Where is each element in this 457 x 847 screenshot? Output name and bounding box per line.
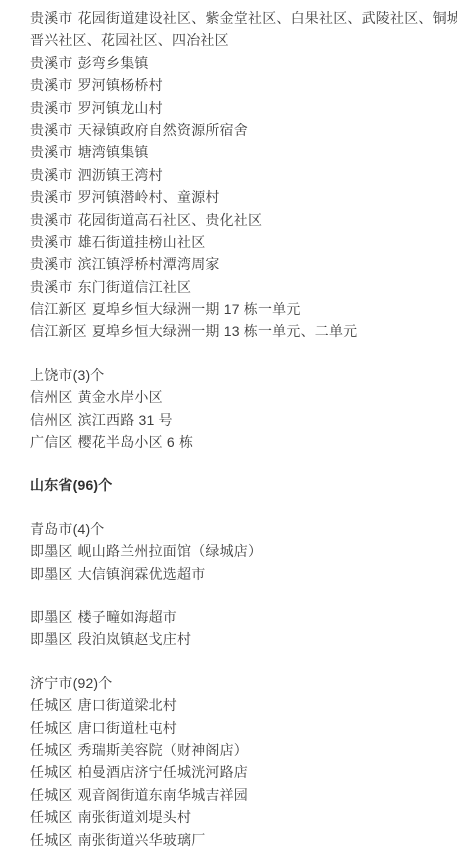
city-header: 青岛市(4)个 (30, 518, 451, 540)
list-line: 任城区观音阁街道东南华城吉祥园 (30, 784, 451, 806)
place-text: 上饶市(3)个 (30, 367, 105, 383)
place-text: 花园街道建设社区、紫金堂社区、白果社区、武陵社区、铜城社区、 (78, 10, 457, 26)
region-label: 任城区 (30, 787, 73, 803)
place-text: 南张街道兴华玻璃厂 (78, 832, 206, 847)
place-text: 天禄镇政府自然资源所宿舍 (78, 122, 248, 138)
blank-line (30, 453, 451, 474)
region-label: 贵溪市 (30, 212, 73, 228)
region-label: 贵溪市 (30, 144, 73, 160)
place-text: 唐口街道杜屯村 (78, 720, 177, 736)
region-label: 即墨区 (30, 609, 73, 625)
place-text: 塘湾镇集镇 (78, 144, 149, 160)
list-line: 任城区南张街道刘堤头村 (30, 806, 451, 828)
region-label: 信州区 (30, 389, 73, 405)
place-text: 唐口街道梁北村 (78, 697, 177, 713)
place-text: 夏埠乡恒大绿洲一期 17 栋一单元 (92, 301, 301, 317)
region-label: 任城区 (30, 809, 73, 825)
place-text: 黄金水岸小区 (78, 389, 163, 405)
region-label: 信州区 (30, 412, 73, 428)
list-line: 信江新区夏埠乡恒大绿洲一期 13 栋一单元、二单元 (30, 320, 451, 342)
place-text: 南张街道刘堤头村 (78, 809, 192, 825)
place-text: 山东省(96)个 (30, 477, 113, 493)
list-line: 任城区柏曼酒店济宁任城洸河路店 (30, 761, 451, 783)
region-label: 即墨区 (30, 631, 73, 647)
list-line: 贵溪市彭弯乡集镇 (30, 52, 451, 74)
place-text: 滨江西路 31 号 (78, 412, 173, 428)
place-text: 滨江镇浮桥村潭湾周家 (78, 256, 220, 272)
region-label: 信江新区 (30, 301, 87, 317)
region-label: 任城区 (30, 832, 73, 847)
blank-line (30, 343, 451, 364)
region-label: 贵溪市 (30, 234, 73, 250)
blank-line (30, 497, 451, 518)
place-text: 楼子疃如海超市 (78, 609, 177, 625)
region-label: 贵溪市 (30, 77, 73, 93)
region-label: 信江新区 (30, 323, 87, 339)
place-text: 罗河镇潜岭村、童源村 (78, 189, 220, 205)
region-label: 贵溪市 (30, 279, 73, 295)
list-line-continuation: 晋兴社区、花园社区、四冶社区 (30, 29, 451, 51)
list-line: 信州区滨江西路 31 号 (30, 409, 451, 431)
region-label: 广信区 (30, 434, 73, 450)
list-line: 贵溪市罗河镇杨桥村 (30, 74, 451, 96)
list-line: 即墨区楼子疃如海超市 (30, 606, 451, 628)
list-line: 即墨区段泊岚镇赵戈庄村 (30, 628, 451, 650)
place-text: 晋兴社区、花园社区、四冶社区 (30, 32, 229, 48)
list-line: 信江新区夏埠乡恒大绿洲一期 17 栋一单元 (30, 298, 451, 320)
blank-line (30, 651, 451, 672)
place-text: 济宁市(92)个 (30, 675, 113, 691)
place-text: 泗沥镇王湾村 (78, 167, 163, 183)
list-line: 贵溪市天禄镇政府自然资源所宿舍 (30, 119, 451, 141)
risk-area-document: 贵溪市花园街道建设社区、紫金堂社区、白果社区、武陵社区、铜城社区、晋兴社区、花园… (0, 0, 457, 847)
region-label: 贵溪市 (30, 189, 73, 205)
list-line: 贵溪市塘湾镇集镇 (30, 141, 451, 163)
list-line: 贵溪市东门街道信江社区 (30, 276, 451, 298)
place-text: 罗河镇杨桥村 (78, 77, 163, 93)
region-label: 任城区 (30, 742, 73, 758)
region-label: 即墨区 (30, 566, 73, 582)
place-text: 秀瑞斯美容院（财神阁店） (78, 742, 248, 758)
place-text: 东门街道信江社区 (78, 279, 192, 295)
list-line: 即墨区岘山路兰州拉面馆（绿城店） (30, 540, 451, 562)
place-text: 花园街道高石社区、贵化社区 (78, 212, 263, 228)
line-list: 贵溪市花园街道建设社区、紫金堂社区、白果社区、武陵社区、铜城社区、晋兴社区、花园… (30, 7, 451, 847)
place-text: 雄石街道挂榜山社区 (78, 234, 206, 250)
place-text: 夏埠乡恒大绿洲一期 13 栋一单元、二单元 (92, 323, 358, 339)
list-line: 贵溪市罗河镇潜岭村、童源村 (30, 186, 451, 208)
region-label: 贵溪市 (30, 100, 73, 116)
blank-line (30, 585, 451, 606)
city-header: 上饶市(3)个 (30, 364, 451, 386)
region-label: 贵溪市 (30, 256, 73, 272)
region-label: 任城区 (30, 720, 73, 736)
list-line: 贵溪市雄石街道挂榜山社区 (30, 231, 451, 253)
place-text: 罗河镇龙山村 (78, 100, 163, 116)
place-text: 大信镇润霖优选超市 (78, 566, 206, 582)
place-text: 柏曼酒店济宁任城洸河路店 (78, 764, 248, 780)
city-header: 济宁市(92)个 (30, 672, 451, 694)
list-line: 任城区唐口街道梁北村 (30, 694, 451, 716)
list-line: 贵溪市花园街道建设社区、紫金堂社区、白果社区、武陵社区、铜城社区、 (30, 7, 451, 29)
region-label: 任城区 (30, 764, 73, 780)
region-label: 任城区 (30, 697, 73, 713)
place-text: 彭弯乡集镇 (78, 55, 149, 71)
list-line: 广信区樱花半岛小区 6 栋 (30, 431, 451, 453)
place-text: 岘山路兰州拉面馆（绿城店） (78, 543, 263, 559)
place-text: 樱花半岛小区 6 栋 (78, 434, 194, 450)
place-text: 观音阁街道东南华城吉祥园 (78, 787, 248, 803)
region-label: 贵溪市 (30, 122, 73, 138)
list-line: 贵溪市泗沥镇王湾村 (30, 164, 451, 186)
region-label: 贵溪市 (30, 10, 73, 26)
region-label: 贵溪市 (30, 55, 73, 71)
list-line: 即墨区大信镇润霖优选超市 (30, 563, 451, 585)
list-line: 任城区秀瑞斯美容院（财神阁店） (30, 739, 451, 761)
list-line: 任城区南张街道兴华玻璃厂 (30, 829, 451, 847)
list-line: 信州区黄金水岸小区 (30, 386, 451, 408)
place-text: 青岛市(4)个 (30, 521, 105, 537)
province-header: 山东省(96)个 (30, 474, 451, 496)
region-label: 贵溪市 (30, 167, 73, 183)
region-label: 即墨区 (30, 543, 73, 559)
place-text: 段泊岚镇赵戈庄村 (78, 631, 192, 647)
list-line: 贵溪市罗河镇龙山村 (30, 97, 451, 119)
list-line: 贵溪市滨江镇浮桥村潭湾周家 (30, 253, 451, 275)
list-line: 任城区唐口街道杜屯村 (30, 717, 451, 739)
list-line: 贵溪市花园街道高石社区、贵化社区 (30, 209, 451, 231)
